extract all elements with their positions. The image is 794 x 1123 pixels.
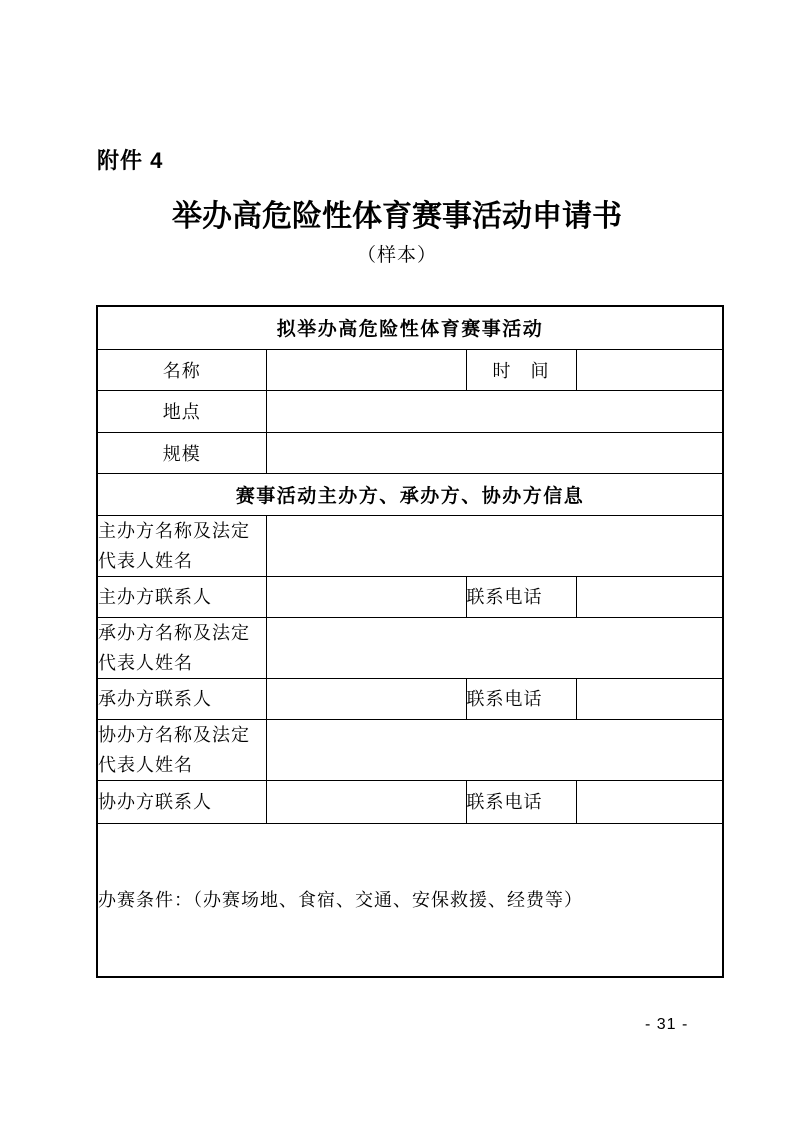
co-organizer-phone-value-cell (576, 780, 723, 823)
undertaker-contact-label: 承办方联系人 (97, 678, 266, 719)
event-name-value-cell (266, 349, 466, 390)
section-header-event: 拟举办高危险性体育赛事活动 (97, 306, 723, 349)
attachment-label: 附件 4 (97, 144, 163, 175)
undertaker-contact-value-cell (266, 678, 466, 719)
co-organizer-name-label: 协办方名称及法定 代表人姓名 (97, 719, 266, 780)
event-name-label: 名称 (97, 349, 266, 390)
document-page: 附件 4 举办高危险性体育赛事活动申请书 （样本） 拟举办高危险性体育赛事活动 … (0, 0, 794, 1123)
conditions-cell: 办赛条件：（办赛场地、食宿、交通、安保救援、经费等） (97, 823, 723, 977)
undertaker-name-label: 承办方名称及法定 代表人姓名 (97, 617, 266, 678)
application-form-table: 拟举办高危险性体育赛事活动 名称 时 间 地点 规模 赛事活动主办方、承办方、协… (96, 305, 724, 978)
organizer-name-value-cell (266, 515, 723, 576)
co-organizer-name-value-cell (266, 719, 723, 780)
co-organizer-contact-value-cell (266, 780, 466, 823)
undertaker-phone-value-cell (576, 678, 723, 719)
undertaker-phone-label: 联系电话 (466, 678, 576, 719)
page-title: 举办高危险性体育赛事活动申请书 (0, 191, 794, 235)
organizer-contact-value-cell (266, 576, 466, 617)
event-time-value-cell (576, 349, 723, 390)
event-location-label: 地点 (97, 390, 266, 432)
page-number: - 31 - (645, 1016, 688, 1034)
event-time-label: 时 间 (466, 349, 576, 390)
co-organizer-phone-label: 联系电话 (466, 780, 576, 823)
event-location-value-cell (266, 390, 723, 432)
organizer-phone-value-cell (576, 576, 723, 617)
section-header-parties: 赛事活动主办方、承办方、协办方信息 (97, 473, 723, 515)
undertaker-name-value-cell (266, 617, 723, 678)
page-subtitle: （样本） (0, 240, 794, 267)
co-organizer-contact-label: 协办方联系人 (97, 780, 266, 823)
organizer-contact-label: 主办方联系人 (97, 576, 266, 617)
organizer-name-label: 主办方名称及法定 代表人姓名 (97, 515, 266, 576)
event-scale-label: 规模 (97, 432, 266, 473)
organizer-phone-label: 联系电话 (466, 576, 576, 617)
event-scale-value-cell (266, 432, 723, 473)
